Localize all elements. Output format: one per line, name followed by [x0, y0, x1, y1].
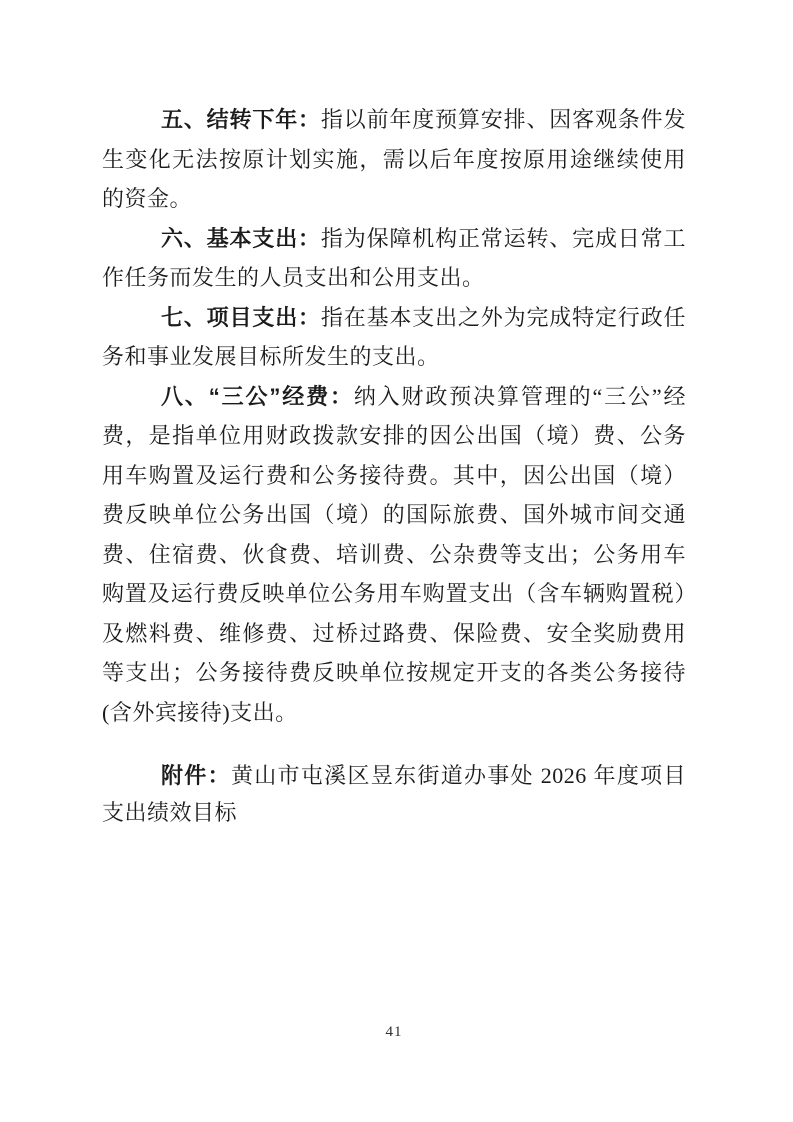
- paragraph-heading: 五、结转下年：: [161, 107, 321, 132]
- document-body: 五、结转下年：指以前年度预算安排、因客观条件发生变化无法按原计划实施，需以后年度…: [102, 100, 686, 732]
- attachment-label: 附件：: [161, 763, 231, 788]
- document-page: 五、结转下年：指以前年度预算安排、因客观条件发生变化无法按原计划实施，需以后年度…: [0, 0, 793, 1122]
- paragraph-heading: 七、项目支出：: [161, 305, 321, 330]
- paragraph: 五、结转下年：指以前年度预算安排、因客观条件发生变化无法按原计划实施，需以后年度…: [102, 100, 686, 219]
- paragraph: 八、“三公”经费：纳入财政预决算管理的“三公”经费，是指单位用财政拨款安排的因公…: [102, 377, 686, 733]
- paragraph-text: 纳入财政预决算管理的“三公”经费，是指单位用财政拨款安排的因公出国（境）费、公务…: [102, 384, 686, 725]
- paragraph: 七、项目支出：指在基本支出之外为完成特定行政任务和事业发展目标所发生的支出。: [102, 298, 686, 377]
- paragraph: 六、基本支出：指为保障机构正常运转、完成日常工作任务而发生的人员支出和公用支出。: [102, 219, 686, 298]
- attachment-note: 附件：黄山市屯溪区昱东街道办事处 2026 年度项目支出绩效目标: [102, 757, 686, 831]
- paragraph-heading: 八、“三公”经费：: [161, 384, 354, 409]
- paragraph-heading: 六、基本支出：: [161, 226, 321, 251]
- page-number: 41: [102, 1024, 686, 1041]
